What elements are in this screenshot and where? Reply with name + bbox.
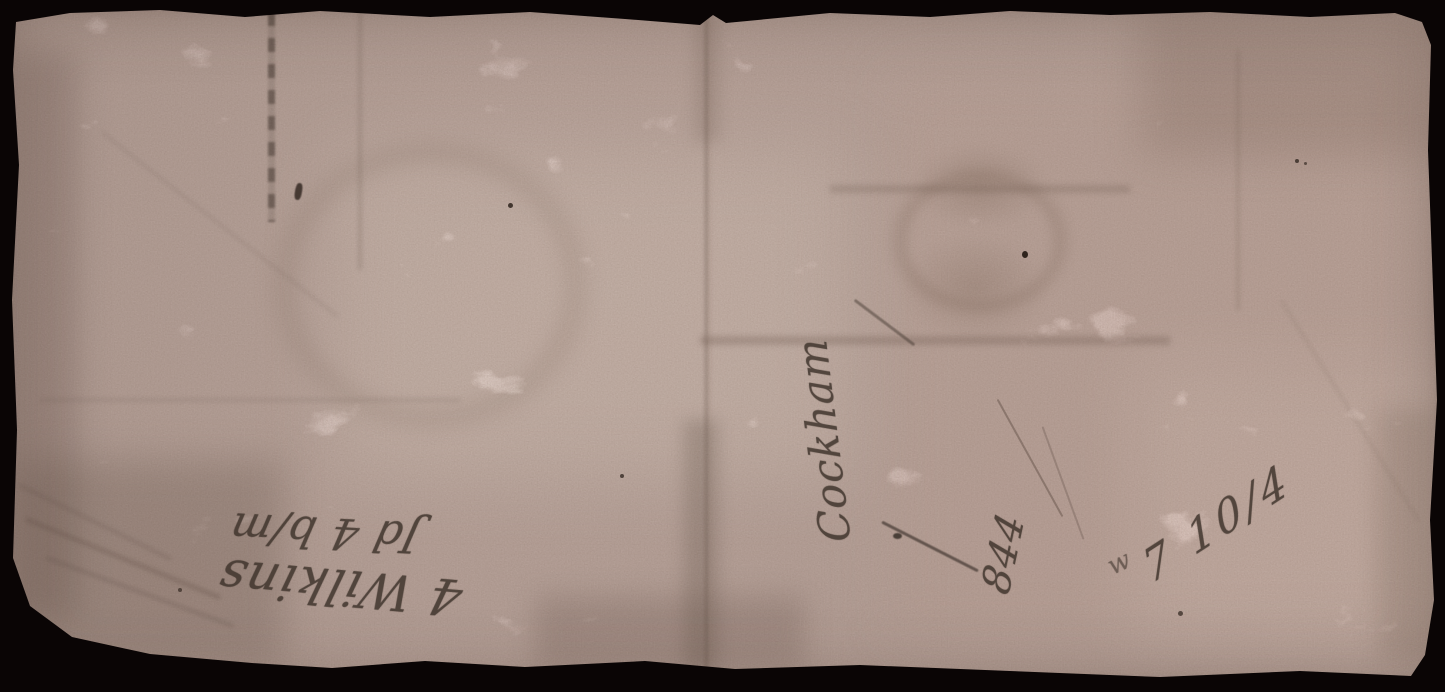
ink-flourish	[854, 299, 916, 347]
dark-stain	[1378, 410, 1440, 660]
ink-speck	[1022, 251, 1028, 258]
ink-speck	[1295, 159, 1299, 163]
ring-showthrough-ghost	[260, 130, 600, 440]
fold-smudge	[694, 12, 720, 142]
dark-stain	[535, 595, 805, 670]
inscription-left-upside-down: 4 Wilkins Jd 4 b/m	[70, 397, 480, 633]
diagonal-crease	[101, 131, 339, 318]
fold-smudge	[684, 420, 718, 670]
aged-paper-sheet: 4 Wilkins Jd 4 b/m Cockham 844 7 10/4 w	[0, 0, 1445, 692]
ink-slash-stroke	[881, 521, 979, 573]
ink-speck	[508, 203, 513, 208]
vertical-dirt-streak	[268, 12, 275, 222]
horizontal-crease	[700, 336, 1170, 345]
ink-blot	[294, 183, 304, 201]
inscription-stray-mark: w	[1103, 544, 1137, 581]
vertical-crease	[358, 10, 362, 270]
inscription-vertical-name: Cockham	[774, 291, 875, 590]
vertical-crease	[1236, 50, 1240, 310]
faint-ink-stroke	[1042, 426, 1085, 539]
inscription-valuation: 7 10/4	[1137, 420, 1349, 600]
center-fold-crease	[702, 12, 714, 670]
horizontal-crease	[830, 185, 1130, 193]
dark-stain	[6, 50, 78, 620]
ink-blob	[893, 533, 902, 539]
light-patch	[330, 150, 850, 480]
photograph-stage: 4 Wilkins Jd 4 b/m Cockham 844 7 10/4 w	[0, 0, 1445, 692]
dark-stain	[1140, 5, 1440, 155]
seal-showthrough-ghost	[845, 140, 1115, 370]
ink-speck	[1178, 611, 1183, 616]
ink-speck	[620, 474, 624, 478]
inscription-number: 844	[974, 457, 1047, 601]
ink-speck	[1304, 162, 1307, 165]
